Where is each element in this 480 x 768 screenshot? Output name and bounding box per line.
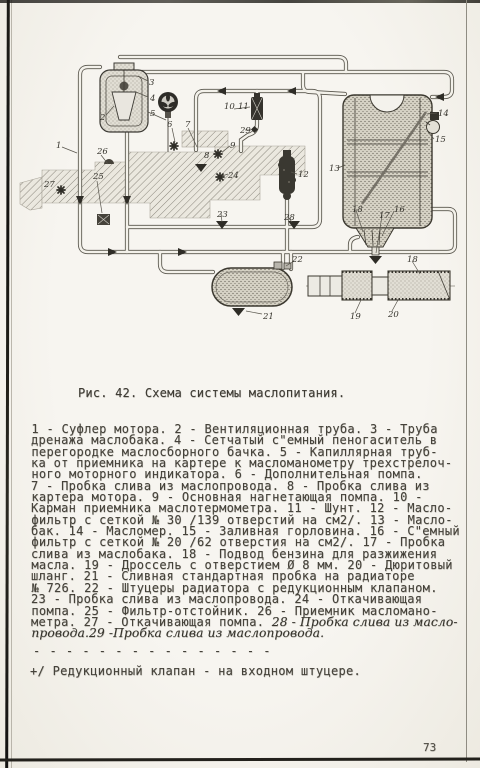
callout-29: 29: [239, 126, 251, 136]
callout-2: 2: [99, 113, 105, 123]
hose-assembly-detail: [306, 271, 456, 300]
drain-plug-21: [232, 308, 245, 316]
oil-system-diagram: 1 2 3 4 5 6 7 8 9 10 11 12 13 14 15 16 1…: [0, 0, 480, 368]
callout-5: 5: [150, 109, 155, 119]
callout-23: 23: [216, 210, 228, 220]
engine-crankcase: [20, 131, 305, 218]
callout-13: 13: [329, 164, 340, 174]
callout-1: 1: [56, 141, 61, 151]
scan-edge-right: [466, 0, 467, 762]
callout-14: 14: [438, 109, 449, 119]
callout-18-detail: 18: [407, 255, 418, 265]
drain-plug-17: [369, 256, 382, 264]
callout-15: 15: [435, 135, 446, 145]
callout-8: 8: [204, 151, 210, 161]
oil-radiator: [212, 262, 292, 316]
callout-20: 20: [387, 310, 399, 320]
footnote-separator: - - - - - - - - - - - - - - -: [33, 644, 272, 658]
parts-list-line: 1 - Суфлер мотора. 2 - Вентиляционная тр…: [31, 424, 467, 435]
oil-pressure-gauge: [158, 92, 178, 118]
callout-19: 19: [350, 312, 361, 322]
scan-edge-left: [5, 0, 10, 768]
pump-9: [214, 150, 222, 158]
parts-list-line: картера мотора. 9 - Основная нагнетающая…: [31, 492, 467, 503]
callout-21: 21: [262, 312, 274, 322]
parts-list-line: фильтр с сеткой № 30 /139 отверстий на с…: [31, 515, 467, 526]
callout-18: 18: [352, 205, 363, 215]
parts-list-line: масла. 19 - Дроссель с отверстием Ø 8 мм…: [31, 560, 467, 571]
callout-10: 10: [224, 102, 235, 112]
page-number: 73: [423, 741, 436, 754]
callout-9: 9: [230, 141, 236, 151]
parts-list-line: № 726. 22 - Штуцеры радиатора с редукцио…: [31, 583, 467, 594]
callout-27: 27: [43, 180, 55, 190]
receiver-26: [104, 159, 114, 164]
parts-list-line-handwritten: провода.29 -Пробка слива из маслопровода…: [31, 628, 467, 639]
parts-list-line: фильтр с сеткой № 20 /62 отверстия на см…: [31, 537, 467, 548]
callout-26: 26: [96, 147, 108, 157]
scan-edge-top: [0, 0, 480, 3]
pump-27: [57, 186, 65, 194]
scanned-manual-page: 1 2 3 4 5 6 7 8 9 10 11 12 13 14 15 16 1…: [0, 0, 480, 768]
pump-24: [216, 173, 224, 181]
pump-6: [170, 142, 178, 150]
callout-28: 28: [283, 213, 295, 223]
callout-7: 7: [185, 120, 191, 130]
callout-24: 24: [227, 171, 239, 181]
footnote: +/ Редукционный клапан - на входном штуц…: [30, 664, 361, 678]
callout-22: 22: [291, 255, 303, 265]
parts-list-line: ного моторного индикатора. 6 - Дополните…: [31, 469, 467, 480]
parts-list-line: помпа. 25 - Фильтр-отстойник. 26 - Прием…: [31, 606, 467, 617]
scan-edge-bottom: [0, 757, 480, 761]
tank-funnel-filter: [356, 228, 394, 264]
callout-17: 17: [379, 211, 390, 221]
figure-caption: Рис. 42. Схема системы маслопитания.: [78, 386, 345, 400]
radiator-fitting: [274, 262, 282, 269]
callout-16: 16: [394, 205, 405, 215]
callout-12: 12: [298, 170, 309, 180]
parts-list-line: перегородке маслосборного бачка. 5 - Кап…: [31, 447, 467, 458]
callout-25: 25: [92, 172, 104, 182]
callout-3: 3: [149, 78, 154, 88]
breather-unit: [100, 63, 148, 132]
callout-11: 11: [238, 102, 249, 112]
callout-6: 6: [167, 120, 173, 130]
callout-4: 4: [149, 94, 155, 104]
scan-edge-left-echo: [11, 0, 12, 768]
parts-list: 1 - Суфлер мотора. 2 - Вентиляционная тр…: [31, 424, 467, 640]
